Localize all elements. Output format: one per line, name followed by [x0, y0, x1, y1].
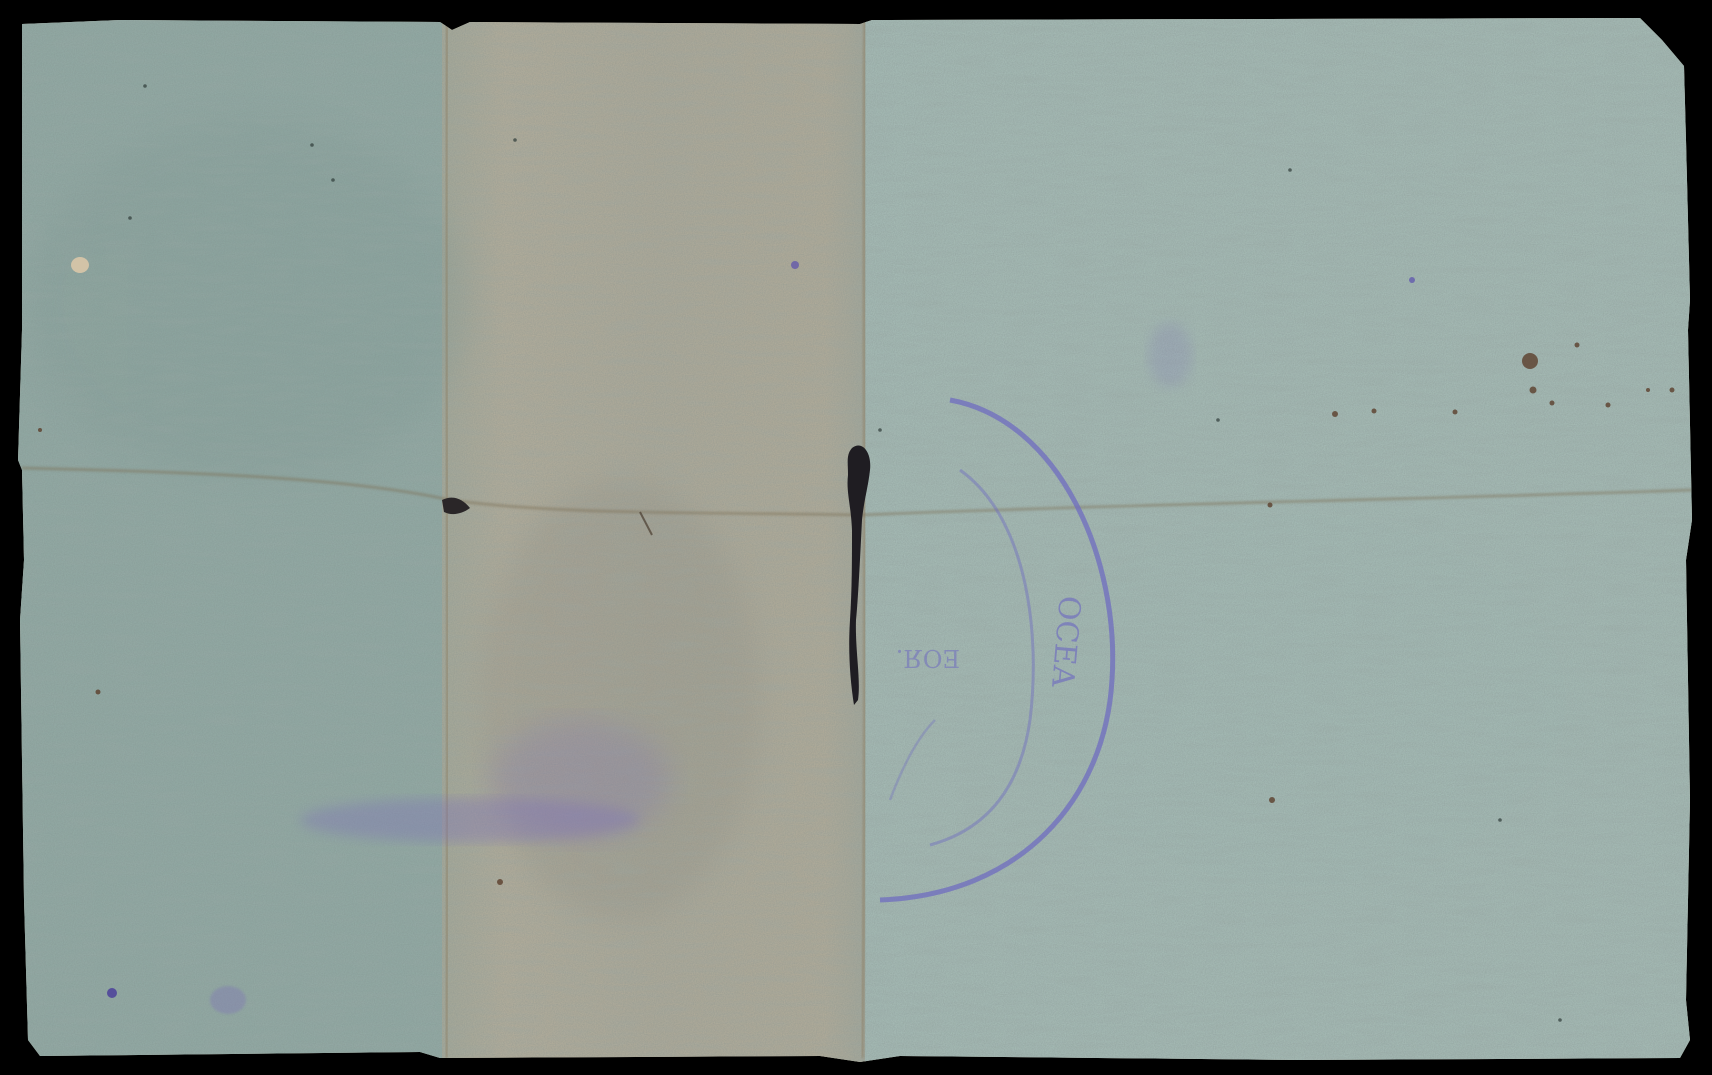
dark-speck — [1288, 168, 1292, 172]
brown-spot — [1530, 387, 1537, 394]
dark-speck — [1558, 1018, 1562, 1022]
paper-chip — [71, 257, 89, 273]
paper-note-photo: ОСЕАЕОЯ. — [0, 0, 1712, 1075]
dark-speck — [143, 84, 147, 88]
brown-spot — [1372, 409, 1377, 414]
dark-speck — [1216, 418, 1220, 422]
dark-speck — [1498, 818, 1502, 822]
purple-dot — [107, 988, 117, 998]
paper-sheet: ОСЕАЕОЯ. — [0, 0, 1712, 1075]
brown-spot — [497, 879, 503, 885]
brown-spot — [1269, 797, 1275, 803]
purple-dot — [791, 261, 799, 269]
brown-spot — [1522, 353, 1538, 369]
dark-speck — [128, 216, 132, 220]
brown-spot — [1646, 388, 1650, 392]
brown-spot — [96, 690, 101, 695]
brown-spot — [1550, 401, 1555, 406]
purple-dot — [210, 986, 246, 1014]
photo-background: ОСЕАЕОЯ. Reverse side of a worn paper no… — [0, 0, 1712, 1075]
stamp-text-inner: ЕОЯ. — [896, 644, 960, 672]
brown-spot — [1453, 410, 1458, 415]
purple-dot — [1409, 277, 1415, 283]
dark-speck — [513, 138, 517, 142]
brown-spot — [1575, 343, 1580, 348]
purple-smudge — [490, 720, 670, 840]
vertical-fold-left — [446, 20, 447, 1058]
dark-speck — [310, 143, 314, 147]
dark-speck — [331, 178, 335, 182]
brown-spot — [1332, 411, 1338, 417]
brown-spot — [1606, 403, 1611, 408]
dark-speck — [878, 428, 882, 432]
brown-spot — [1268, 503, 1273, 508]
brown-spot — [1670, 388, 1675, 393]
brown-spot — [38, 428, 42, 432]
purple-smudge — [1148, 323, 1192, 387]
